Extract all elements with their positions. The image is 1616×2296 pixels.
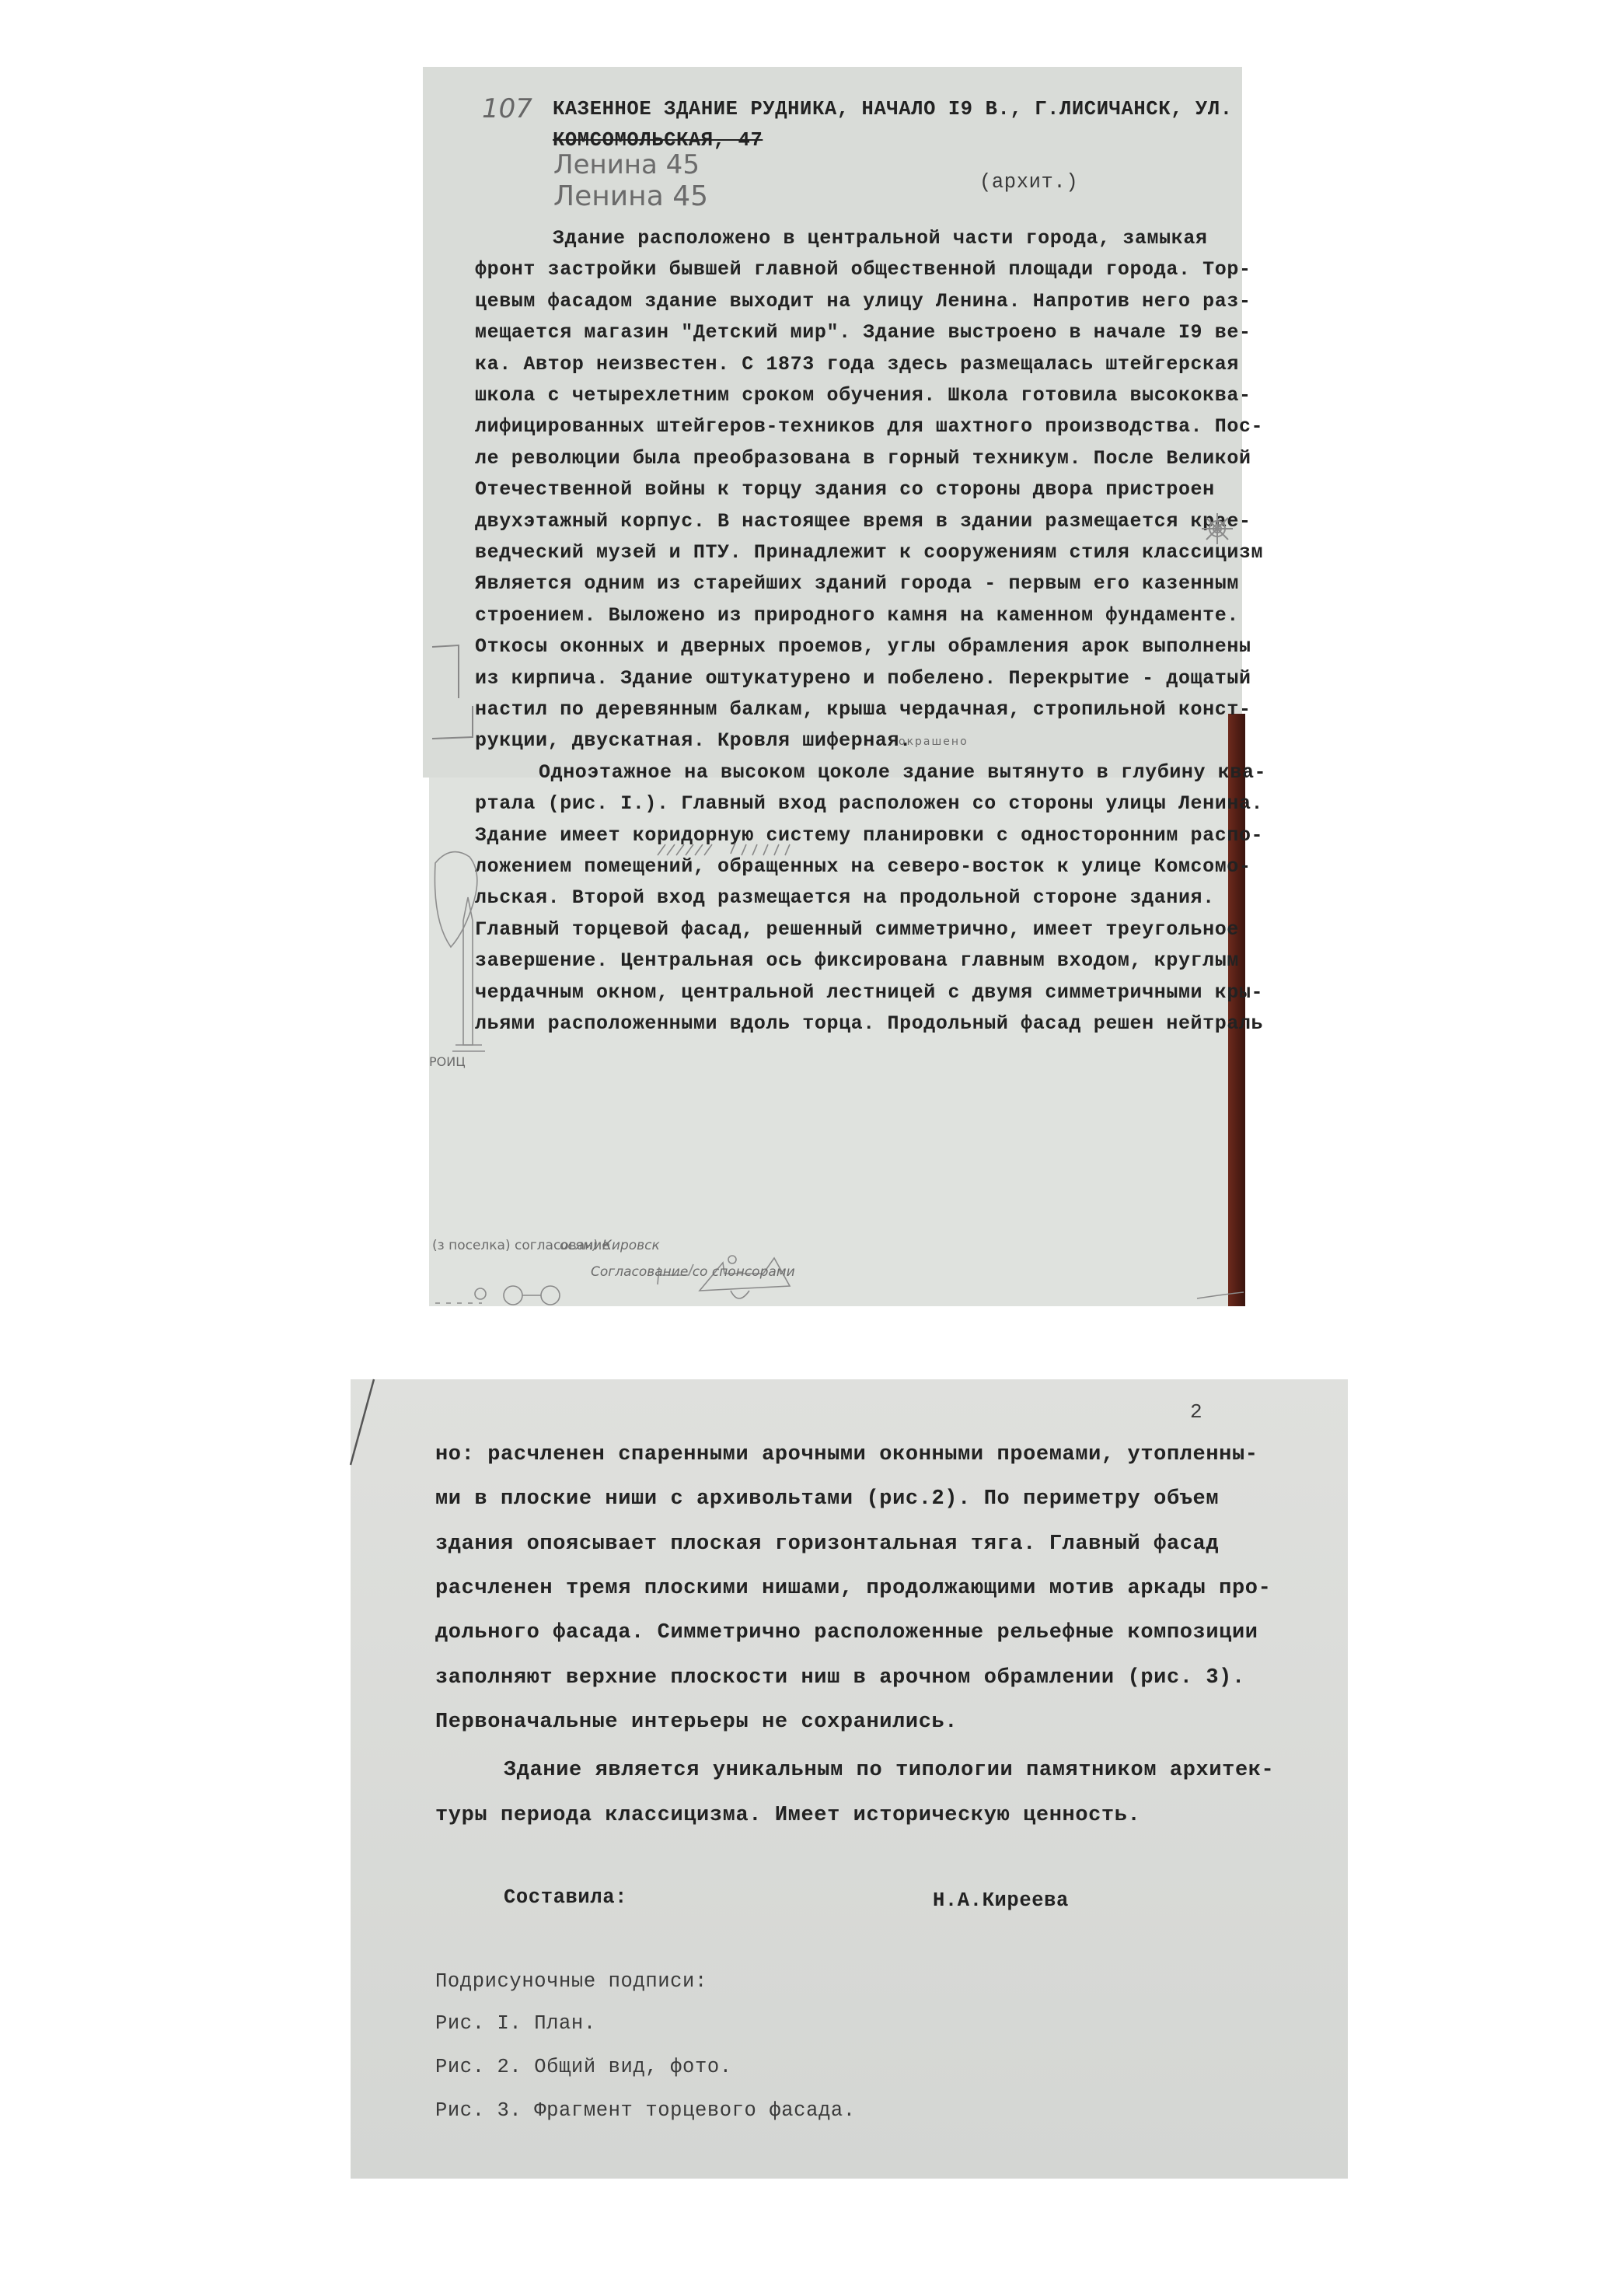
figure-caption: Рис. 2. Общий вид, фото.: [435, 2057, 732, 2078]
text-line: здания опоясывает плоская горизонтальная…: [435, 1534, 1219, 1555]
text-line: туры периода классицизма. Имеет историче…: [435, 1805, 1140, 1826]
page-fold-mark: [351, 1379, 413, 1535]
text-line: но: расчленен спаренными арочными оконны…: [435, 1445, 1258, 1466]
page-number: 2: [1190, 1402, 1202, 1422]
text-line: заполняют верхние плоскости ниш в арочно…: [435, 1668, 1245, 1689]
captions-heading: Подрисуночные подписи:: [435, 1972, 707, 1992]
sunburst-doodle-icon: [1202, 513, 1233, 544]
compiler-name: Н.А.Киреева: [933, 1891, 1069, 1911]
figure-caption: Рис. I. План.: [435, 2014, 596, 2034]
column-sketch-icon: [435, 852, 485, 1051]
text-line: дольного фасада. Симметрично расположенн…: [435, 1623, 1258, 1644]
text-line: расчленен тремя плоскими нишами, продолж…: [435, 1578, 1271, 1599]
compiled-label: Составила:: [504, 1888, 627, 1908]
text-line: ми в плоские ниши с архивольтами (рис.2)…: [435, 1489, 1219, 1510]
margin-sketch-label: РОИЦ: [429, 1054, 466, 1069]
text-line: Первоначальные интерьеры не сохранились.: [435, 1712, 958, 1733]
figure-caption: Рис. 3. Фрагмент торцевого фасада.: [435, 2101, 856, 2121]
text-line: Здание является уникальным по типологии …: [504, 1760, 1274, 1781]
pencil-note: Согласование со спонсорами: [591, 1264, 795, 1280]
bottom-sketch-icon: [435, 1256, 1244, 1305]
pencil-note: осям) Кировск: [560, 1238, 660, 1253]
